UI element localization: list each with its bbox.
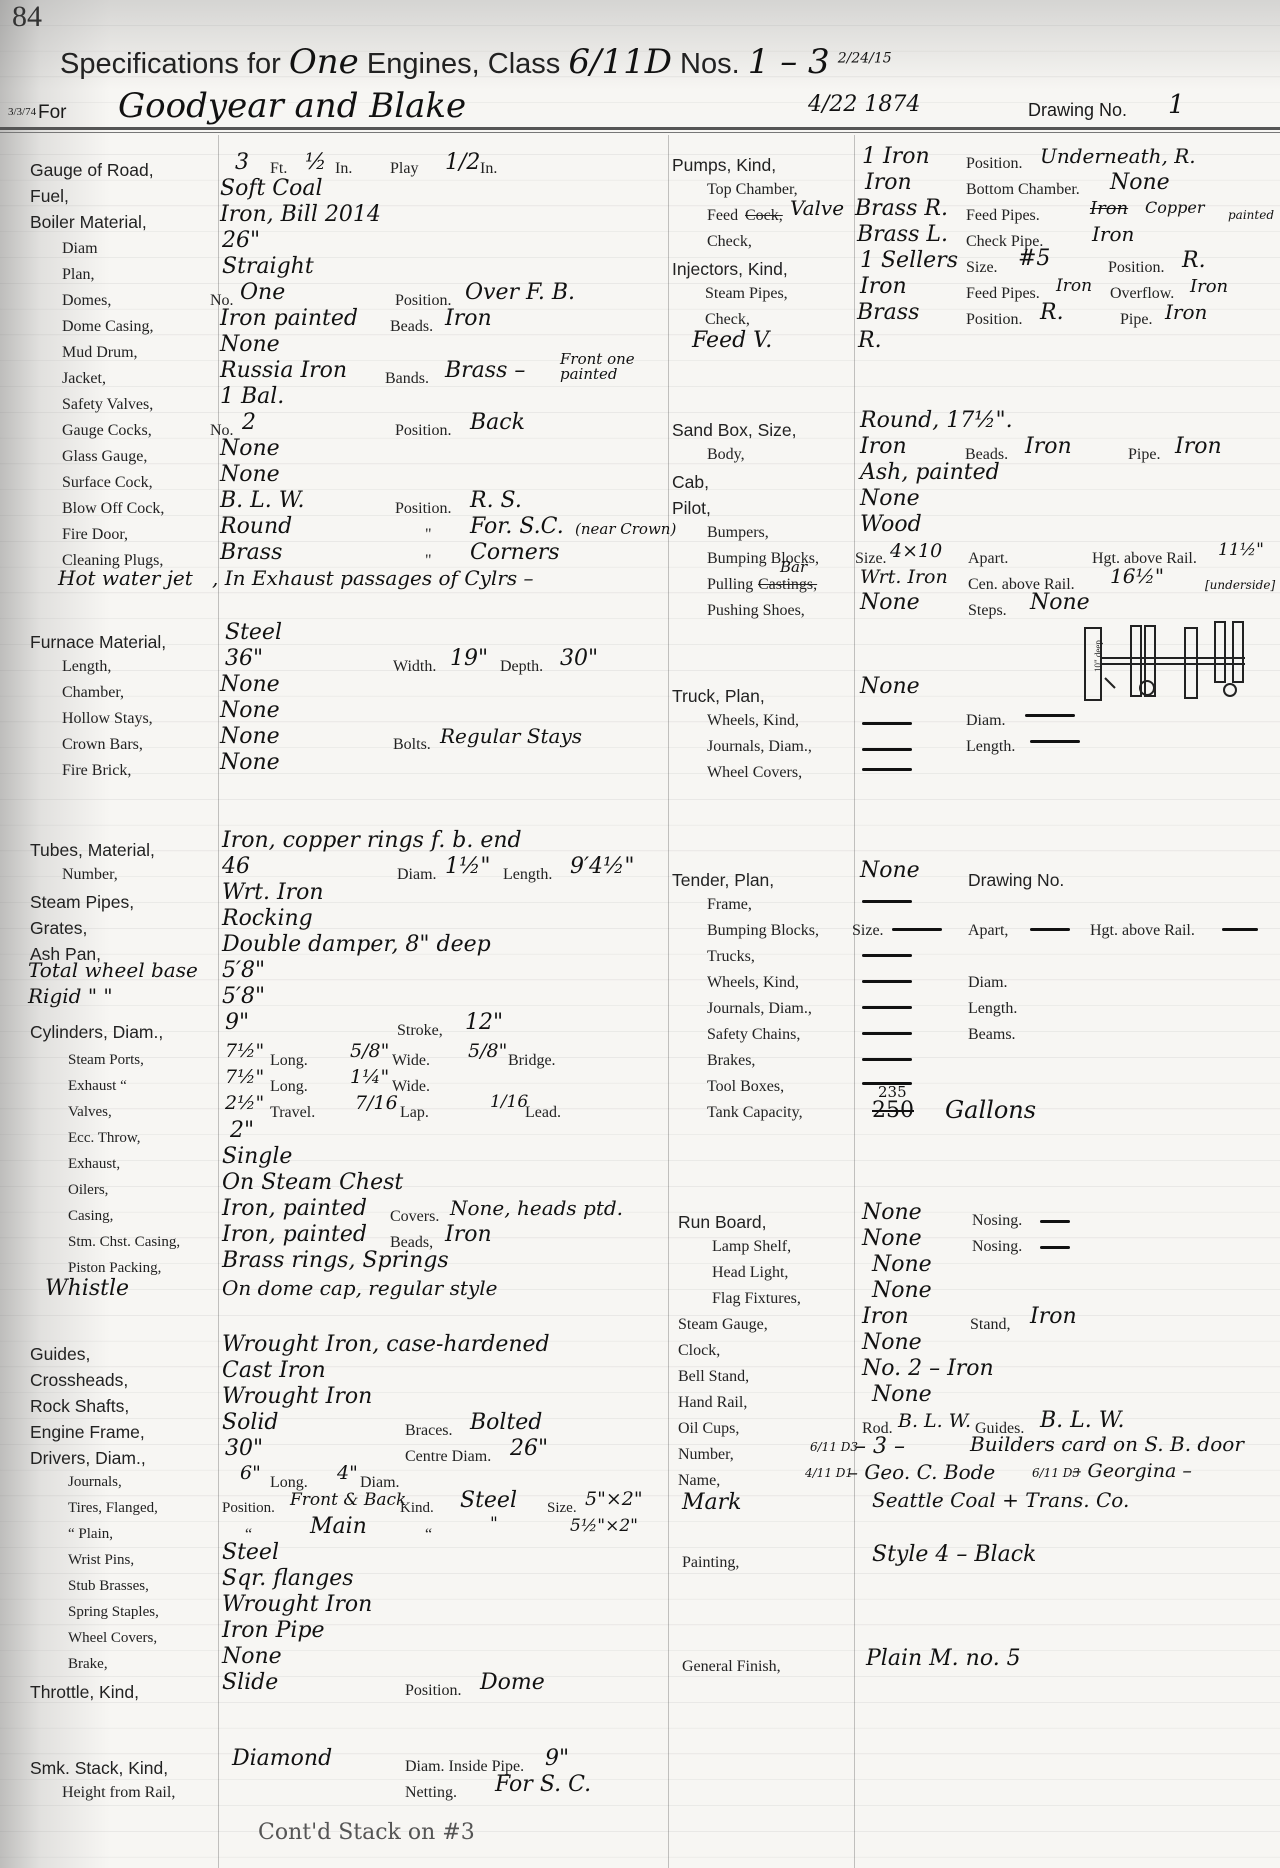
label-feed-pipes: Feed Pipes. — [966, 285, 1040, 303]
label-tender-journals: Journals, Diam., — [707, 1000, 812, 1018]
piston-packing-value: Brass rings, Springs — [222, 1248, 449, 1273]
pilot-value: None — [860, 486, 920, 511]
label-flag-fixtures: Flag Fixtures, — [712, 1290, 801, 1308]
steam-gauge-value: Iron — [862, 1304, 909, 1329]
order-date: 4/22 1874 — [808, 92, 920, 117]
blank-dash — [862, 722, 912, 725]
label-tender-bumping-blocks: Bumping Blocks, — [707, 922, 819, 940]
journals-diam: 4" — [337, 1462, 358, 1484]
blank-dash — [862, 954, 912, 957]
label-depth: Depth. — [500, 658, 543, 676]
fire-door-note: (near Crown) — [575, 520, 676, 538]
hollow-stays-value: None — [220, 698, 280, 723]
label-jacket: Jacket, — [62, 370, 106, 388]
ditto-mark: " — [425, 526, 432, 544]
label-pulling: Pulling — [707, 576, 753, 594]
engines-label: Engines, Class — [367, 48, 560, 80]
label-pilot: Pilot, — [672, 498, 711, 519]
exhaust-value: Single — [222, 1144, 292, 1169]
furnace-width: 19" — [450, 646, 488, 671]
spring-staples-value: Wrought Iron — [222, 1592, 372, 1617]
label-clock: Clock, — [678, 1342, 720, 1360]
label-travel: Travel. — [270, 1104, 315, 1122]
label-head-light: Head Light, — [712, 1264, 788, 1282]
label-bell-stand: Bell Stand, — [678, 1368, 749, 1386]
valves-lead: 1/16 — [490, 1092, 528, 1112]
head-light-value: None — [872, 1252, 932, 1277]
label-pushing-shoes: Pushing Shoes, — [707, 602, 805, 620]
label-bands: Bands. — [385, 370, 429, 388]
label-crossheads: Crossheads, — [30, 1370, 128, 1391]
label-apart: Apart. — [968, 550, 1008, 568]
gauge-in: ½ — [305, 150, 326, 175]
crown-bars-value: None — [220, 724, 280, 749]
label-trucks: Trucks, — [707, 948, 755, 966]
furnace-depth: 30" — [560, 646, 598, 671]
label-truck-journals: Journals, Diam., — [707, 738, 812, 756]
stub-brasses-value: Sqr. flanges — [222, 1566, 354, 1591]
label-position: Position. — [966, 155, 1022, 173]
label-bumpers: Bumpers, — [707, 524, 769, 542]
steam-pipes-value: Wrt. Iron — [222, 880, 324, 905]
label-stub-brasses: Stub Brasses, — [68, 1578, 149, 1595]
label-diam: Diam. — [968, 974, 1008, 992]
general-finish-value: Plain M. no. 5 — [866, 1646, 1021, 1671]
engines-count: One — [289, 42, 359, 82]
label-oil-cups: Oil Cups, — [678, 1420, 739, 1438]
blank-dash — [1025, 714, 1075, 717]
lamp-shelf-value: None — [862, 1226, 922, 1251]
feed-valve-value: Brass R. — [855, 196, 948, 221]
clock-value: None — [862, 1330, 922, 1355]
label-pipe: Pipe. — [1128, 446, 1160, 464]
label-position: Position. — [966, 311, 1022, 329]
tires-flanged-position: Front & Back — [290, 1490, 406, 1510]
body-pipe: Iron — [1175, 434, 1222, 459]
label-smoke-stack: Smk. Stack, Kind, — [30, 1758, 168, 1779]
bolts-value: Regular Stays — [440, 724, 582, 748]
throttle-position: Dome — [480, 1670, 545, 1695]
injector-feed-pipes: Iron — [1056, 276, 1092, 296]
label-wheel-covers: Wheel Covers, — [68, 1630, 157, 1647]
label-beams: Beams. — [968, 1026, 1016, 1044]
label-braces: Braces. — [405, 1422, 453, 1440]
label-castings-struck: Castings, — [758, 576, 817, 594]
flag-fixtures-value: None — [872, 1278, 932, 1303]
label-check: Check, — [707, 233, 752, 251]
blank-dash — [862, 1032, 912, 1035]
pulling-bar-value: Wrt. Iron — [860, 566, 948, 588]
brake-value: None — [222, 1644, 282, 1669]
painting-value: Style 4 – Black — [872, 1542, 1036, 1567]
centre-diam: 26" — [510, 1436, 548, 1461]
label-run-board: Run Board, — [678, 1212, 767, 1233]
label-covers: Covers. — [390, 1208, 439, 1226]
label-grates: Grates, — [30, 918, 87, 939]
label-safety-chains: Safety Chains, — [707, 1026, 800, 1044]
wrist-pins-value: Steel — [222, 1540, 279, 1565]
mud-drum-value: None — [220, 332, 280, 357]
label-general-finish: General Finish, — [682, 1658, 781, 1676]
label-number: Number, — [678, 1446, 734, 1464]
truck-plan-value: None — [860, 674, 920, 699]
column-divider — [218, 135, 219, 1868]
hot-water-jet-value: , In Exhaust passages of Cylrs – — [212, 566, 534, 590]
label-truck-wheel-covers: Wheel Covers, — [707, 764, 802, 782]
cab-value: Ash, painted — [860, 460, 1000, 485]
injector-check-position: R. — [1040, 300, 1064, 325]
injector-check-value: Brass — [857, 300, 919, 325]
label-play-in: In. — [480, 160, 497, 178]
gauge-cocks-no: 2 — [242, 410, 256, 435]
steam-ports-bridge: 5/8" — [468, 1040, 507, 1062]
tubes-material-value: Iron, copper rings f. b. end — [222, 828, 522, 853]
label-casing: Casing, — [68, 1208, 113, 1225]
braces-value: Bolted — [470, 1410, 542, 1435]
label-rock-shafts: Rock Shafts, — [30, 1396, 129, 1417]
stm-chst-casing-value: Iron, painted — [222, 1222, 367, 1247]
nos-date: 2/24/15 — [838, 50, 892, 66]
exhaust-ports-wide: 1¼" — [350, 1066, 389, 1088]
smoke-stack-value: Diamond — [232, 1746, 332, 1771]
bands-note: Front one painted — [560, 352, 650, 382]
label-cylinders: Cylinders, Diam., — [30, 1022, 163, 1043]
throttle-value: Slide — [222, 1670, 278, 1695]
label-domes-position: Position. — [395, 292, 451, 310]
label-stroke: Stroke, — [397, 1022, 443, 1040]
bell-stand-value: No. 2 – Iron — [862, 1356, 994, 1381]
label-fire-brick: Fire Brick, — [62, 762, 131, 780]
steps-value: None — [1030, 590, 1090, 615]
feed-pipes-value: Copper — [1145, 198, 1204, 217]
pushing-shoes-value: None — [860, 590, 920, 615]
rigid-wheel-base-value: 5′8" — [222, 984, 265, 1009]
blank-dash — [862, 1006, 912, 1009]
label-steam-ports: Steam Ports, — [68, 1052, 144, 1069]
spec-sheet-page: 84 Specifications for One Engines, Class… — [0, 0, 1280, 1868]
injectors-value: 1 Sellers — [860, 248, 958, 273]
label-steam-gauge: Steam Gauge, — [678, 1316, 768, 1334]
tubes-diam: 1½" — [445, 854, 490, 879]
label-diam: Diam. — [966, 712, 1006, 730]
drawing-number: 1 — [1168, 90, 1185, 120]
label-tubes-number: Number, — [62, 866, 118, 884]
ash-pan-value: Double damper, 8" deep — [222, 932, 491, 957]
label-stand: Stand, — [970, 1316, 1010, 1334]
label-steam-pipes: Steam Pipes, — [30, 892, 134, 913]
label-in: In. — [335, 160, 352, 178]
blank-dash — [1030, 740, 1080, 743]
label-tubes-material: Tubes, Material, — [30, 840, 155, 861]
label-centre-diam: Centre Diam. — [405, 1448, 491, 1466]
label-wide: Wide. — [392, 1052, 430, 1070]
exhaust-ports-long: 7½" — [225, 1066, 264, 1088]
label-tender-wheels: Wheels, Kind, — [707, 974, 799, 992]
tank-capacity-unit: Gallons — [945, 1096, 1036, 1124]
overflow-value: Iron — [1190, 276, 1228, 297]
cleaning-plugs-value: Brass — [220, 540, 282, 565]
blank-dash — [1040, 1220, 1070, 1223]
label-brake: Brake, — [68, 1656, 108, 1673]
label-height-from-rail: Height from Rail, — [62, 1784, 175, 1802]
name-value-2: – Georgina – — [1072, 1460, 1192, 1482]
feed-pipes-struck: Iron — [1090, 198, 1128, 219]
label-dome-casing: Dome Casing, — [62, 318, 154, 336]
label-engine-frame: Engine Frame, — [30, 1422, 145, 1443]
furnace-length: 36" — [225, 646, 263, 671]
label-exhaust-ports: Exhaust “ — [68, 1078, 127, 1095]
surface-cock-value: None — [220, 462, 280, 487]
steam-gauge-stand: Iron — [1030, 1304, 1077, 1329]
nos-label: Nos. — [680, 48, 740, 80]
label-size: Size. — [547, 1500, 577, 1517]
label-feed: Feed — [707, 207, 738, 225]
drivers-diam: 30" — [225, 1436, 263, 1461]
valves-lap: 7/16 — [355, 1092, 398, 1114]
label-length: Length, — [62, 658, 111, 676]
label-tank-capacity: Tank Capacity, — [707, 1104, 803, 1122]
label-whistle: Whistle — [45, 1276, 129, 1301]
fire-door-position: For. S.C. — [470, 514, 564, 539]
bottom-chamber-value: None — [1110, 170, 1170, 195]
guides-value: Wrought Iron, case-hardened — [222, 1332, 550, 1357]
label-bolts: Bolts. — [393, 736, 431, 754]
label-length: Length. — [966, 738, 1015, 756]
feed-pipes-note: painted — [1228, 208, 1274, 222]
tires-plain-position: Main — [310, 1514, 367, 1539]
label-hollow-stays: Hollow Stays, — [62, 710, 153, 728]
diam-value: 26" — [222, 228, 260, 253]
blank-dash — [862, 1058, 912, 1061]
sketch-note: 10" deep — [1093, 640, 1103, 672]
oil-cups-rod: B. L. W. — [898, 1410, 971, 1432]
label-long: Long. — [270, 1078, 308, 1096]
dome-casing-value: Iron painted — [220, 306, 358, 331]
column-divider — [854, 135, 855, 1868]
tires-flanged-size: 5"×2" — [585, 1488, 643, 1510]
label-top-chamber: Top Chamber, — [707, 181, 798, 199]
blank-dash — [1030, 928, 1070, 931]
label-chamber: Chamber, — [62, 684, 124, 702]
title-prefix: Specifications for — [60, 48, 281, 80]
mark-value: Seattle Coal + Trans. Co. — [872, 1488, 1129, 1512]
label-pumps: Pumps, Kind, — [672, 155, 776, 176]
tubes-length: 9′4½" — [570, 854, 634, 879]
footer-pencil-note: Cont'd Stack on #3 — [258, 1820, 475, 1845]
drawing-label: Drawing No. — [1028, 100, 1127, 121]
label-tires-plain: “ Plain, — [68, 1526, 113, 1543]
cylinders-stroke: 12" — [465, 1010, 503, 1035]
fire-brick-value: None — [220, 750, 280, 775]
label-nosing: Nosing. — [972, 1238, 1022, 1256]
label-wrist-pins: Wrist Pins, — [68, 1552, 134, 1569]
label-stm-chst-casing: Stm. Chst. Casing, — [68, 1234, 180, 1251]
body-value: Iron — [860, 434, 907, 459]
number-note: Builders card on S. B. door — [970, 1432, 1244, 1456]
gauge-cocks-position: Back — [470, 410, 525, 435]
label-domes: Domes, — [62, 292, 111, 310]
label-tires-flanged: Tires, Flanged, — [68, 1500, 158, 1517]
label-nosing: Nosing. — [972, 1212, 1022, 1230]
label-lap: Lap. — [400, 1104, 429, 1122]
blank-dash — [862, 900, 912, 903]
label-rigid-wheel-base: Rigid " " — [28, 984, 113, 1008]
label-total-wheel-base: Total wheel base — [28, 958, 198, 982]
sand-box-value: Round, 17½". — [860, 408, 1013, 433]
label-bridge: Bridge. — [508, 1052, 556, 1070]
label-painting: Painting, — [682, 1554, 739, 1572]
wheel-covers-value: Iron Pipe — [222, 1618, 325, 1643]
pumps-value: 1 Iron — [862, 144, 930, 169]
domes-position: Over F. B. — [465, 280, 575, 305]
label-kind: Kind. — [400, 1500, 434, 1517]
boiler-material-value: Iron, Bill 2014 — [220, 202, 381, 227]
column-divider — [668, 135, 669, 1868]
label-plan: Plan, — [62, 266, 94, 284]
steam-ports-long: 7½" — [225, 1040, 264, 1062]
casing-value: Iron, painted — [222, 1196, 367, 1221]
label-crown-bars: Crown Bars, — [62, 736, 143, 754]
for-label: For — [38, 102, 67, 124]
cylinders-diam: 9" — [225, 1010, 249, 1035]
label-name: Name, — [678, 1472, 720, 1490]
hand-rail-value: None — [872, 1382, 932, 1407]
number-value: – 3 – — [855, 1434, 905, 1459]
pulling-bar-cen: 16½" — [1110, 564, 1164, 588]
label-hot-water-jet: Hot water jet — [58, 566, 193, 590]
label-lamp-shelf: Lamp Shelf, — [712, 1238, 791, 1256]
tires-flanged-kind: Steel — [460, 1488, 517, 1513]
feed-v-value: R. — [858, 328, 882, 353]
cleaning-plugs-position: Corners — [470, 540, 560, 565]
label-brakes: Brakes, — [707, 1052, 755, 1070]
grates-value: Rocking — [222, 906, 313, 931]
label-long: Long. — [270, 1052, 308, 1070]
label-size: Size. — [852, 922, 884, 940]
label-feed-cock-struck: Cock, — [745, 207, 783, 225]
valves-travel: 2½" — [225, 1092, 264, 1114]
label-apart: Apart, — [968, 922, 1008, 940]
injectors-size: #5 — [1018, 246, 1050, 271]
label-journals: Journals, — [68, 1474, 122, 1491]
blank-dash — [862, 748, 912, 751]
bands-value: Brass – — [445, 358, 525, 383]
step-sketch-drawing: 10" deep — [1075, 618, 1265, 718]
for-margin-date: 3/3/74 — [8, 106, 36, 118]
label-netting: Netting. — [405, 1784, 457, 1802]
label-drivers: Drivers, Diam., — [30, 1448, 146, 1469]
label-oilers: Oilers, — [68, 1182, 108, 1199]
whistle-value: On dome cap, regular style — [222, 1276, 497, 1300]
label-tender-plan: Tender, Plan, — [672, 870, 774, 891]
injector-check-pipe: Iron — [1165, 300, 1207, 324]
blank-dash — [862, 768, 912, 771]
injectors-position: R. — [1182, 248, 1206, 273]
label-surface-cock: Surface Cock, — [62, 474, 153, 492]
journals-long: 6" — [240, 1462, 261, 1484]
label-tubes-diam: Diam. — [397, 866, 437, 884]
covers-value: None, heads ptd. — [450, 1196, 623, 1220]
bumping-blocks-size: 4×10 — [890, 540, 942, 562]
safety-valves-value: 1 Bal. — [220, 384, 284, 409]
steam-ports-wide: 5/8" — [350, 1040, 389, 1062]
plan-value: Straight — [222, 254, 314, 279]
label-steps: Steps. — [968, 602, 1007, 620]
check-value: Brass L. — [857, 222, 948, 247]
glass-gauge-value: None — [220, 436, 280, 461]
chamber-value: None — [220, 672, 280, 697]
label-width: Width. — [393, 658, 436, 676]
oil-cups-guides: B. L. W. — [1040, 1408, 1125, 1433]
label-diam: Diam — [62, 240, 98, 258]
ecc-throw-value: 2" — [230, 1118, 254, 1143]
jacket-value: Russia Iron — [220, 358, 347, 383]
page-number: 84 — [12, 0, 42, 34]
customer-name: Goodyear and Blake — [118, 86, 466, 126]
label-position: Position. — [1108, 259, 1164, 277]
rock-shafts-value: Wrought Iron — [222, 1384, 372, 1409]
label-hgt-above-rail: Hgt. above Rail. — [1090, 922, 1195, 940]
oilers-value: On Steam Chest — [222, 1170, 403, 1195]
dome-beads: Iron — [445, 306, 492, 331]
tank-capacity-struck: 250 — [872, 1098, 914, 1123]
label-spring-staples: Spring Staples, — [68, 1604, 159, 1621]
label-boiler-material: Boiler Material, — [30, 212, 147, 233]
fire-door-value: Round — [220, 514, 292, 539]
crossheads-value: Cast Iron — [222, 1358, 326, 1383]
name-value: – Geo. C. Bode — [848, 1460, 995, 1484]
tires-plain-size: 5½"×2" — [570, 1516, 638, 1536]
label-gauge-cocks: Gauge Cocks, — [62, 422, 152, 440]
check-pipe-value: Iron — [1092, 222, 1134, 246]
domes-no: One — [240, 280, 285, 305]
label-fuel: Fuel, — [30, 186, 69, 207]
header-rule-thin — [0, 132, 1280, 133]
pulling-bar-note: [underside] — [1205, 578, 1275, 592]
ditto-mark: " — [490, 1514, 498, 1534]
run-board-value: None — [862, 1200, 922, 1225]
label-glass-gauge: Glass Gauge, — [62, 448, 147, 466]
label-truck-plan: Truck, Plan, — [672, 686, 765, 707]
document-title: Specifications for One Engines, Class 6/… — [60, 42, 892, 82]
label-position: Position. — [222, 1500, 275, 1517]
label-body: Body, — [707, 446, 745, 464]
label-gauge-cocks-position: Position. — [395, 422, 451, 440]
label-safety-valves: Safety Valves, — [62, 396, 153, 414]
label-fire-door: Fire Door, — [62, 526, 128, 544]
tender-plan-value: None — [860, 858, 920, 883]
label-feed-valve: Valve — [790, 196, 844, 220]
netting-value: For S. C. — [495, 1772, 591, 1797]
label-mark: Mark — [682, 1490, 742, 1515]
label-tool-boxes: Tool Boxes, — [707, 1078, 784, 1096]
furnace-material-value: Steel — [225, 620, 282, 645]
label-throttle: Throttle, Kind, — [30, 1682, 139, 1703]
nos-value: 1 – 3 — [748, 42, 830, 82]
blank-dash — [1040, 1246, 1070, 1249]
number-date: 6/11 D3 — [810, 1440, 858, 1454]
label-ecc-throw: Ecc. Throw, — [68, 1130, 140, 1147]
label-blow-off-position: Position. — [395, 500, 451, 518]
label-beads: Beads. — [390, 318, 433, 336]
label-valves: Valves, — [68, 1104, 112, 1121]
label-feed-v: Feed V. — [692, 328, 772, 353]
label-feed-pipes: Feed Pipes. — [966, 207, 1040, 225]
label-injector-check: Check, — [705, 311, 750, 329]
gauge-ft: 3 — [235, 150, 249, 175]
blow-off-position: R. S. — [470, 488, 522, 513]
class-value: 6/11D — [568, 42, 672, 82]
